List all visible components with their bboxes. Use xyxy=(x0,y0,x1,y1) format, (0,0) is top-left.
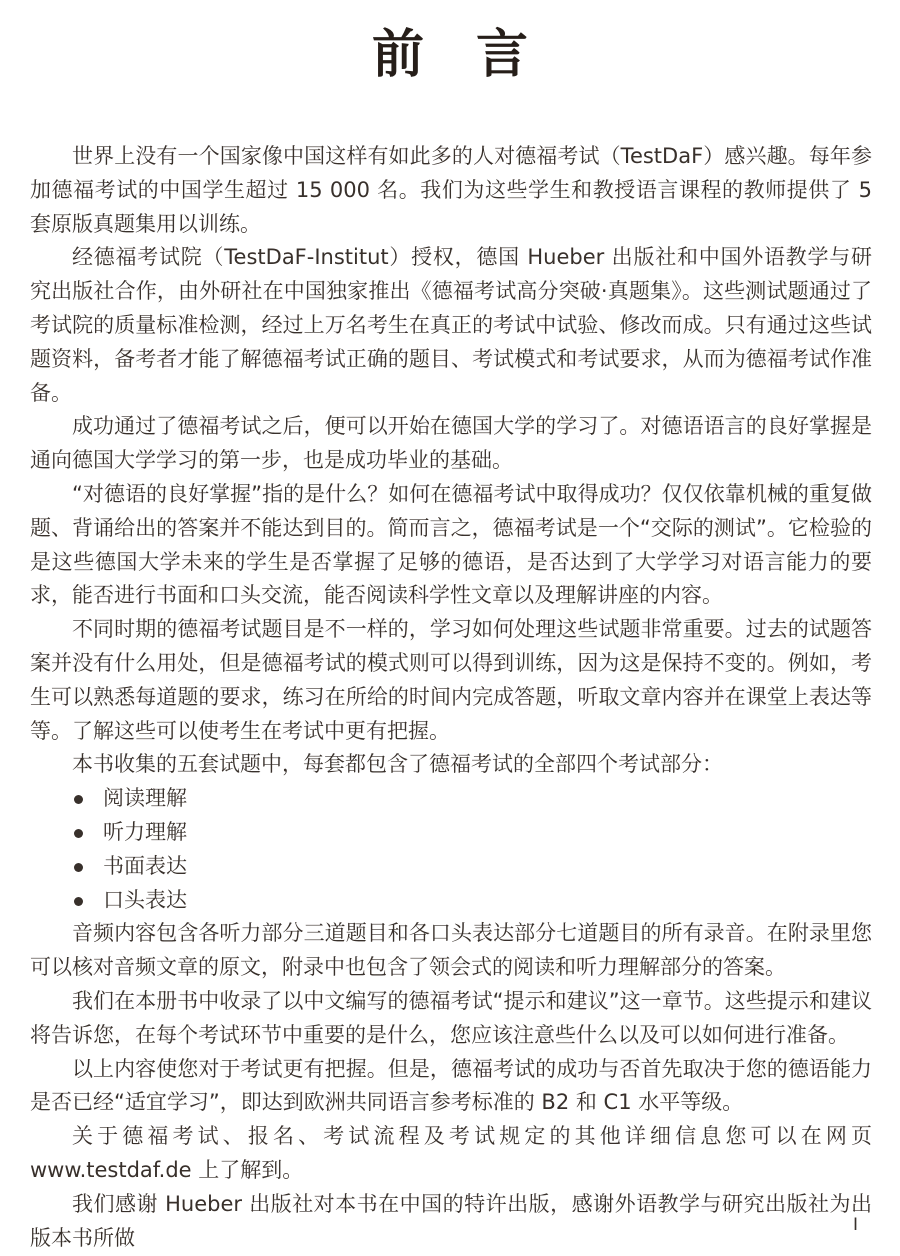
preface-page: 前 言 世界上没有一个国家像中国这样有如此多的人对德福考试（TestDaF）感兴… xyxy=(0,0,900,1256)
paragraph-audio-content: 音频内容包含各听力部分三道题目和各口头表达部分七道题目的所有录音。在附录里您可以… xyxy=(30,917,872,985)
paragraph-language-level: 以上内容使您对于考试更有把握。但是，德福考试的成功与否首先取决于您的德语能力是否… xyxy=(30,1053,872,1121)
list-item-reading: 阅读理解 xyxy=(30,782,872,816)
paragraph-acknowledgement: 我们感谢 Hueber 出版社对本书在中国的特许出版，感谢外语教学与研究出版社为… xyxy=(30,1188,872,1256)
paragraph-list-lead-in: 本书收集的五套试题中，每套都包含了德福考试的全部四个考试部分： xyxy=(30,748,872,782)
bullet-icon xyxy=(74,897,83,906)
list-item-speaking: 口头表达 xyxy=(30,884,872,918)
page-title: 前 言 xyxy=(0,24,900,86)
paragraph-authorization: 经德福考试院（TestDaF-Institut）授权，德国 Hueber 出版社… xyxy=(30,241,872,410)
paragraph-tips-chapter: 我们在本册书中收录了以中文编写的德福考试“提示和建议”这一章节。这些提示和建议将… xyxy=(30,985,872,1053)
list-item-label: 书面表达 xyxy=(103,854,187,878)
list-item-writing: 书面表达 xyxy=(30,850,872,884)
list-item-label: 听力理解 xyxy=(103,820,187,844)
paragraph-website-info: 关于德福考试、报名、考试流程及考试规定的其他详细信息您可以在网页 www.tes… xyxy=(30,1120,872,1188)
preface-body: 世界上没有一个国家像中国这样有如此多的人对德福考试（TestDaF）感兴趣。每年… xyxy=(30,140,872,1255)
bullet-icon xyxy=(74,863,83,872)
paragraph-communicative-test: “对德语的良好掌握”指的是什么？如何在德福考试中取得成功？仅仅依靠机械的重复做题… xyxy=(30,478,872,613)
list-item-label: 口头表达 xyxy=(103,888,187,912)
bullet-icon xyxy=(74,795,83,804)
paragraph-intro: 世界上没有一个国家像中国这样有如此多的人对德福考试（TestDaF）感兴趣。每年… xyxy=(30,140,872,241)
bullet-icon xyxy=(74,829,83,838)
page-number: I xyxy=(853,1217,858,1234)
list-item-label: 阅读理解 xyxy=(103,786,187,810)
exam-parts-list: 阅读理解 听力理解 书面表达 口头表达 xyxy=(30,782,872,917)
list-item-listening: 听力理解 xyxy=(30,816,872,850)
paragraph-university-study: 成功通过了德福考试之后，便可以开始在德国大学的学习了。对德语语言的良好掌握是通向… xyxy=(30,410,872,478)
paragraph-exam-format: 不同时期的德福考试题目是不一样的，学习如何处理这些试题非常重要。过去的试题答案并… xyxy=(30,613,872,748)
